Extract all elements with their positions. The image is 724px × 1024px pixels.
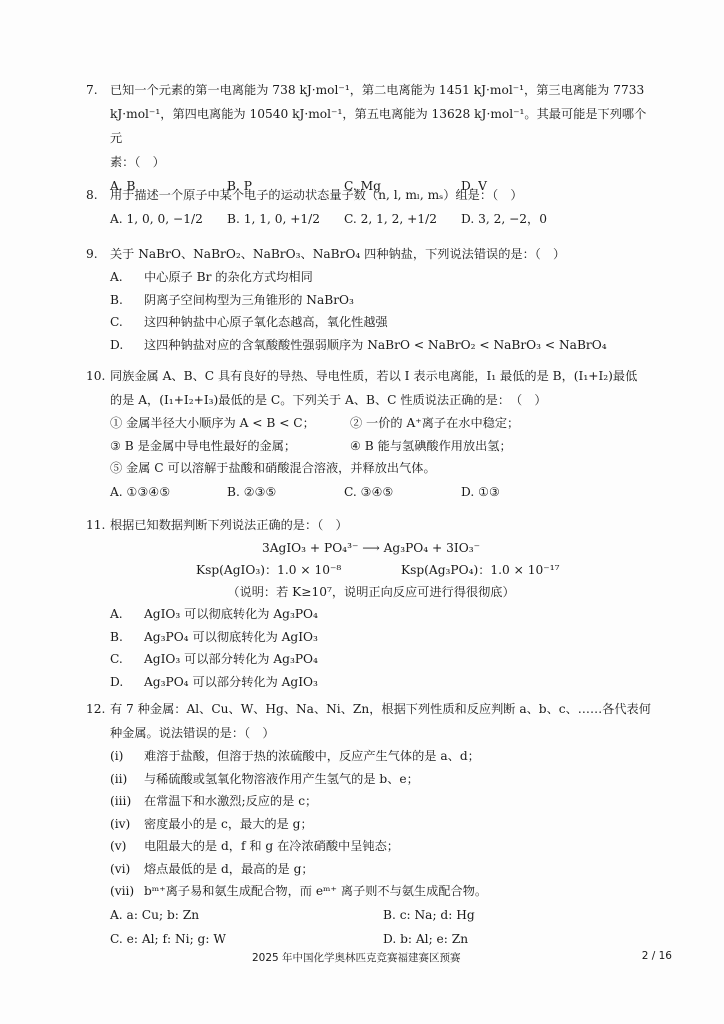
question-12: 12. 有 7 种金属：Al、Cu、W、Hg、Na、Ni、Zn，根据下列性质和反… bbox=[86, 697, 656, 951]
question-stem-line: 的是 A，(I₁+I₂+I₃)最低的是 C。下列关于 A、B、C 性质说法正确的… bbox=[110, 388, 656, 412]
option-c: C. 2, 1, 2, +1/2 bbox=[344, 207, 461, 231]
ksp-agio3: Ksp(AgIO₃)：1.0 × 10⁻⁸ bbox=[196, 559, 401, 581]
question-stem-line: 已知一个元素的第一电离能为 738 kJ·mol⁻¹，第二电离能为 1451 k… bbox=[110, 78, 656, 102]
statement-numeral: (ii) bbox=[110, 768, 144, 791]
exam-page: 7. 已知一个元素的第一电离能为 738 kJ·mol⁻¹，第二电离能为 145… bbox=[0, 0, 724, 1024]
question-stem-line: 种金属。说法错误的是：（ ） bbox=[110, 721, 656, 745]
option-letter: B. bbox=[110, 626, 144, 649]
option-text: AgIO₃ 可以彻底转化为 Ag₃PO₄ bbox=[144, 603, 318, 626]
statement-text: 密度最小的是 c，最大的是 g； bbox=[144, 813, 313, 836]
statement-text: 电阻最大的是 d，f 和 g 在冷浓硝酸中呈钝态； bbox=[144, 835, 399, 858]
reaction-equation: 3AgIO₃ + PO₄³⁻ ⟶ Ag₃PO₄ + 3IO₃⁻ bbox=[86, 537, 656, 559]
option-text: AgIO₃ 可以部分转化为 Ag₃PO₄ bbox=[144, 648, 318, 671]
option-text: 中心原子 Br 的杂化方式均相同 bbox=[144, 266, 313, 289]
statement-numeral: (iii) bbox=[110, 790, 144, 813]
statement-text: 熔点最低的是 d，最高的是 g； bbox=[144, 858, 314, 881]
option-text: 这四种钠盐对应的含氧酸酸性强弱顺序为 NaBrO < NaBrO₂ < NaBr… bbox=[144, 334, 607, 357]
option-c: C. ③④⑤ bbox=[344, 480, 461, 504]
question-11: 11. 根据已知数据判断下列说法正确的是：（ ） 3AgIO₃ + PO₄³⁻ … bbox=[86, 513, 656, 693]
question-stem-line: 素：（ ） bbox=[110, 150, 656, 174]
question-number: 7. bbox=[86, 78, 110, 174]
option-letter: A. bbox=[110, 266, 144, 289]
statement-3: ③ B 是金属中导电性最好的金属； bbox=[110, 435, 350, 458]
question-number: 12. bbox=[86, 697, 110, 745]
question-stem-line: 有 7 种金属：Al、Cu、W、Hg、Na、Ni、Zn，根据下列性质和反应判断 … bbox=[110, 697, 656, 721]
option-c: C. e: Al; f: Ni; g: W bbox=[110, 927, 383, 951]
question-10: 10. 同族金属 A、B、C 具有良好的导热、导电性质，若以 I 表示电离能，I… bbox=[86, 364, 656, 504]
option-a: A. ①③④⑤ bbox=[110, 480, 227, 504]
statement-text: bᵐ⁺离子易和氨生成配合物，而 eᵐ⁺ 离子则不与氨生成配合物。 bbox=[144, 880, 487, 903]
statement-text: 与稀硫酸或氢氧化物溶液作用产生氢气的是 b、e； bbox=[144, 768, 419, 791]
statement-1: ① 金属半径大小顺序为 A < B < C； bbox=[110, 412, 350, 435]
question-8: 8. 用于描述一个原子中某个电子的运动状态量子数（n, l, mₗ, mₛ）组是… bbox=[86, 183, 656, 231]
page-footer: 2025 年中国化学奥林匹克竞赛福建赛区预赛 2 / 16 bbox=[252, 950, 672, 965]
option-letter: D. bbox=[110, 334, 144, 357]
option-letter: B. bbox=[110, 289, 144, 312]
statement-text: 难溶于盐酸，但溶于热的浓硫酸中，反应产生气体的是 a、d； bbox=[144, 745, 480, 768]
option-a: A. a: Cu; b: Zn bbox=[110, 903, 383, 927]
option-b: B. ②③⑤ bbox=[227, 480, 344, 504]
note: （说明：若 K≥10⁷，说明正向反应可进行得很彻底） bbox=[86, 581, 656, 603]
question-9: 9. 关于 NaBrO、NaBrO₂、NaBrO₃、NaBrO₄ 四种钠盐，下列… bbox=[86, 242, 656, 356]
option-text: Ag₃PO₄ 可以部分转化为 AgIO₃ bbox=[144, 671, 318, 694]
footer-title: 2025 年中国化学奥林匹克竞赛福建赛区预赛 bbox=[252, 950, 461, 965]
option-d: D. b: Al; e: Zn bbox=[383, 927, 656, 951]
question-number: 11. bbox=[86, 513, 110, 537]
option-text: Ag₃PO₄ 可以彻底转化为 AgIO₃ bbox=[144, 626, 318, 649]
ksp-ag3po4: Ksp(Ag₃PO₄)：1.0 × 10⁻¹⁷ bbox=[401, 559, 559, 581]
question-stem: 根据已知数据判断下列说法正确的是：（ ） bbox=[110, 513, 656, 537]
question-number: 8. bbox=[86, 183, 110, 207]
question-stem: 关于 NaBrO、NaBrO₂、NaBrO₃、NaBrO₄ 四种钠盐，下列说法错… bbox=[110, 242, 656, 266]
question-number: 10. bbox=[86, 364, 110, 412]
question-stem-line: kJ·mol⁻¹，第四电离能为 10540 kJ·mol⁻¹，第五电离能为 13… bbox=[110, 102, 656, 150]
statement-4: ④ B 能与氢碘酸作用放出氢； bbox=[350, 435, 590, 458]
option-d: D. 3, 2, −2，0 bbox=[461, 207, 578, 231]
option-b: B. c: Na; d: Hg bbox=[383, 903, 656, 927]
statement-text: 在常温下和水激烈;反应的是 c； bbox=[144, 790, 317, 813]
statement-numeral: (v) bbox=[110, 835, 144, 858]
option-text: 这四种钠盐中心原子氧化态越高，氧化性越强 bbox=[144, 311, 388, 334]
option-letter: A. bbox=[110, 603, 144, 626]
option-d: D. ①③ bbox=[461, 480, 578, 504]
option-letter: C. bbox=[110, 648, 144, 671]
statement-numeral: (iv) bbox=[110, 813, 144, 836]
option-a: A. 1, 0, 0, −1/2 bbox=[110, 207, 227, 231]
option-letter: C. bbox=[110, 311, 144, 334]
statement-numeral: (vi) bbox=[110, 858, 144, 881]
option-letter: D. bbox=[110, 671, 144, 694]
statement-2: ② 一价的 A⁺离子在水中稳定； bbox=[350, 412, 590, 435]
statement-numeral: (vii) bbox=[110, 880, 144, 903]
question-stem: 用于描述一个原子中某个电子的运动状态量子数（n, l, mₗ, mₛ）组是：（ … bbox=[110, 183, 656, 207]
statement-numeral: (i) bbox=[110, 745, 144, 768]
question-number: 9. bbox=[86, 242, 110, 266]
question-stem-line: 同族金属 A、B、C 具有良好的导热、导电性质，若以 I 表示电离能，I₁ 最低… bbox=[110, 364, 656, 388]
option-text: 阴离子空间构型为三角锥形的 NaBrO₃ bbox=[144, 289, 354, 312]
option-b: B. 1, 1, 0, +1/2 bbox=[227, 207, 344, 231]
question-7: 7. 已知一个元素的第一电离能为 738 kJ·mol⁻¹，第二电离能为 145… bbox=[86, 78, 656, 198]
statement-5: ⑤ 金属 C 可以溶解于盐酸和硝酸混合溶液，并释放出气体。 bbox=[110, 457, 610, 480]
page-number: 2 / 16 bbox=[642, 950, 672, 965]
